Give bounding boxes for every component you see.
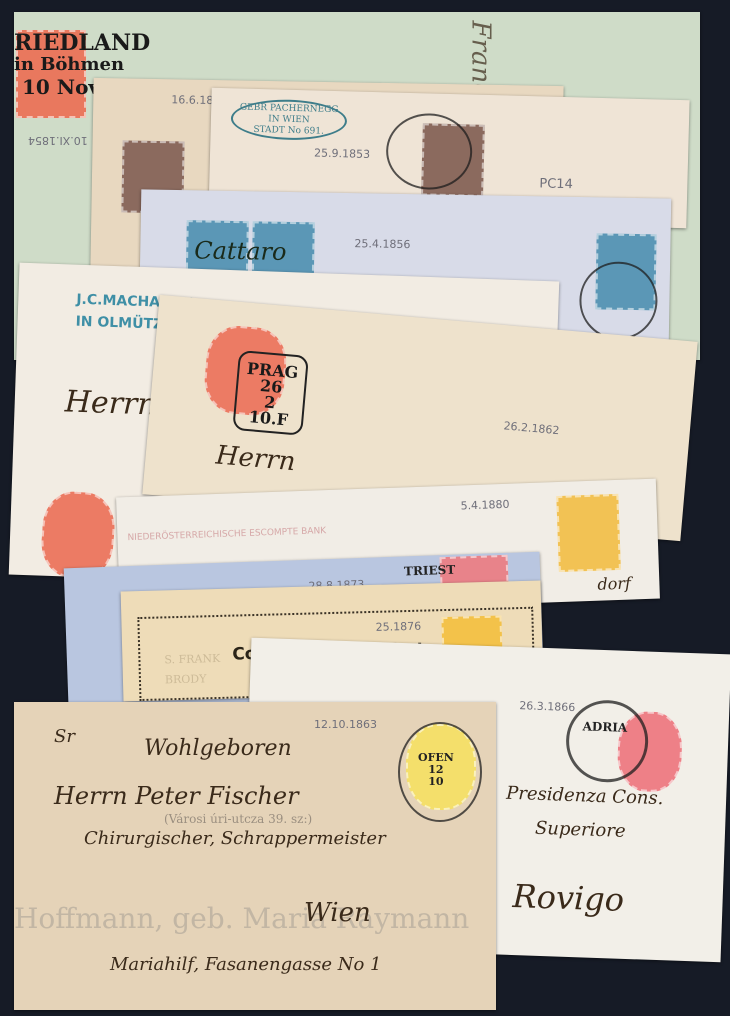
pencil-date: 12.10.1863 [314,718,377,731]
address-line-2: Wohlgeboren [144,736,292,761]
cancel-adria: ADRIA [582,719,627,735]
address-line-4: Chirurgischer, Schrappermeister [84,828,386,849]
address-line-1: Presidenza Cons. [506,783,664,809]
pencil-note: PC14 [539,176,573,192]
handwriting: dorf [597,574,631,594]
cover-fischer: (Városi úri-utcza 39. sz:) Hoffmann, geb… [14,702,496,1010]
address-line-3: Rovigo [512,877,625,919]
pencil-date: 10.XI.1854 [28,134,88,147]
pencil-date: 25.4.1856 [354,237,410,251]
address-line-3: Herrn Peter Fischer [54,782,299,810]
handwriting: Herrn [215,440,297,477]
pencil-date: 5.4.1880 [460,498,509,513]
address-line-2: Superiore [535,818,626,842]
handwriting: Herrn [64,384,157,422]
address-line-5: Wien [304,898,371,928]
stamp-yellow [556,494,621,572]
cancel-ofen: OFEN1210 [418,752,454,788]
print-through-1: (Városi úri-utcza 39. sz:) [164,812,312,826]
pencil-date: 25.1876 [375,620,421,634]
sender-oval-stamp: GEBR PACHERNEGGIN WIENSTADT No 691. [230,98,347,141]
address-line-1: Sr [54,726,75,747]
cancel-prag: PRAG26210.F [232,350,309,436]
cancel-trieste: TRIEST [404,563,456,579]
address-line-6: Mariahilf, Fasanengasse No 1 [110,954,382,975]
print-through-2: Hoffmann, geb. Maria Raymann [14,902,469,935]
postmark-brunn [579,261,658,340]
sender-embossed: S. FRANKBRODY [164,649,221,690]
pencil-date: 26.3.1866 [519,699,575,714]
cancel-cattaro: Cattaro [194,236,287,266]
pencil-date: 26.2.1862 [503,419,560,437]
sender-imprint: NIEDERÖSTERREICHISCHE ESCOMPTE BANK [127,526,326,543]
pencil-date: 25.9.1853 [314,146,370,160]
